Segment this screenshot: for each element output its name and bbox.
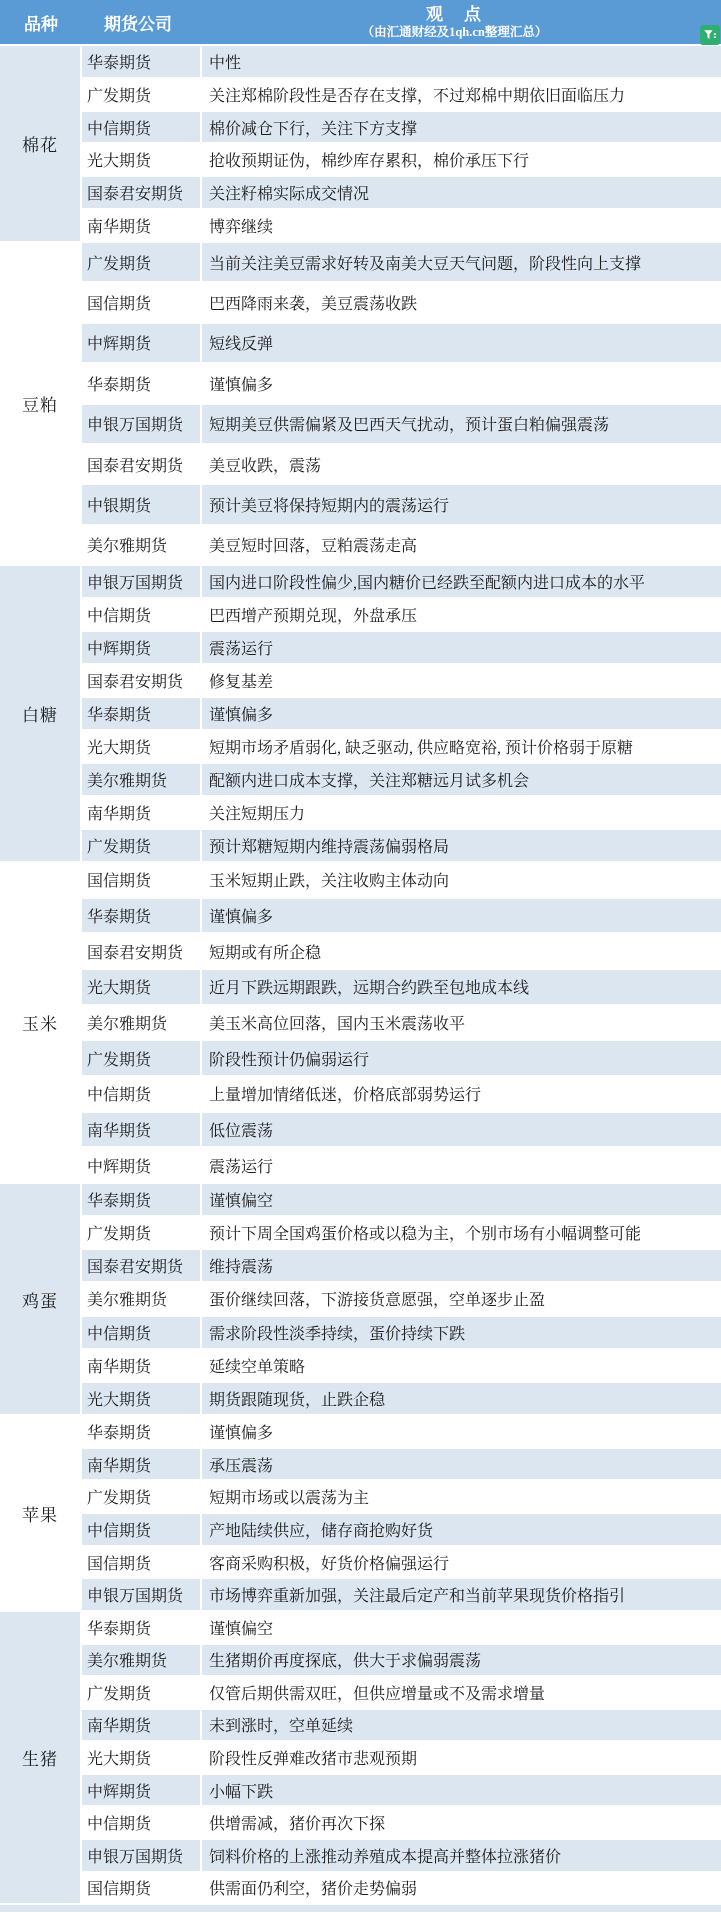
table-row: 广发期货阶段性预计仍偏弱运行 — [82, 1041, 721, 1077]
table-row: 广发期货短期市场或以震荡为主 — [82, 1481, 721, 1514]
table-row: 国信期货巴西降雨来袭，美豆震荡收跌 — [82, 283, 721, 323]
viewpoint-cell: 生猪期价再度探底，供大于求偏弱震荡 — [202, 1645, 721, 1676]
table-row: 华泰期货谨慎偏多 — [82, 1416, 721, 1449]
company-cell: 南华期货 — [82, 210, 202, 241]
table-row: 广发期货仅管后期供需双旺，但供应增量或不及需求增量 — [82, 1677, 721, 1710]
table-row: 华泰期货谨慎偏空 — [82, 1184, 721, 1217]
viewpoint-cell: 供增需减，猪价再次下探 — [202, 1807, 721, 1838]
company-cell: 光大期货 — [82, 731, 202, 762]
table-row: 中信期货产地陆续供应，储存商抢购好货 — [82, 1514, 721, 1547]
viewpoint-cell: 短期市场或以震荡为主 — [202, 1481, 721, 1512]
company-cell: 中信期货 — [82, 1807, 202, 1838]
table-row: 中辉期货震荡运行 — [82, 632, 721, 665]
viewpoint-cell: 玉米短期止跌，关注收购主体动向 — [202, 863, 721, 897]
company-cell: 美尔雅期货 — [82, 1283, 202, 1314]
table-row: 南华期货低位震荡 — [82, 1113, 721, 1149]
table-row: 美尔雅期货蛋价继续回落，下游接货意愿强，空单逐步止盈 — [82, 1283, 721, 1316]
viewpoint-cell: 关注郑棉阶段性是否存在支撑，不过郑棉中期依旧面临压力 — [202, 79, 721, 110]
section-rows: 国信期货玉米短期止跌，关注收购主体动向华泰期货谨慎偏多国泰君安期货短期或有所企稳… — [82, 863, 721, 1182]
company-cell: 国信期货 — [82, 1547, 202, 1578]
table-row: 华泰期货中性 — [82, 46, 721, 79]
company-cell: 南华期货 — [82, 1449, 202, 1480]
table-row: 美尔雅期货美玉米高位回落，国内玉米震荡收平 — [82, 1006, 721, 1042]
variety-cell: 苹果 — [0, 1416, 82, 1610]
table-row: 中辉期货短线反弹 — [82, 324, 721, 364]
company-cell: 中银期货 — [82, 485, 202, 523]
viewpoint-cell: 谨慎偏空 — [202, 1612, 721, 1643]
viewpoint-cell: 维持震荡 — [202, 1250, 721, 1281]
company-cell: 广发期货 — [82, 243, 202, 281]
table-row: 华泰期货谨慎偏空 — [82, 1612, 721, 1645]
table-row: 美尔雅期货生猪期价再度探底，供大于求偏弱震荡 — [82, 1645, 721, 1678]
viewpoint-cell: 中性 — [202, 46, 721, 77]
viewpoint-cell: 关注短期压力 — [202, 797, 721, 828]
table-row: 中信期货供增需减，猪价再次下探 — [82, 1807, 721, 1840]
company-cell: 中信期货 — [82, 112, 202, 143]
commodity-section: 白糖申银万国期货国内进口阶段性偏少,国内糖价已经跌至配额内进口成本的水平中信期货… — [0, 566, 721, 863]
viewpoint-cell: 阶段性预计仍偏弱运行 — [202, 1041, 721, 1075]
table-row: 华泰期货谨慎偏多 — [82, 698, 721, 731]
viewpoint-cell: 小幅下跌 — [202, 1775, 721, 1806]
company-cell: 广发期货 — [82, 1217, 202, 1248]
company-cell: 中信期货 — [82, 1077, 202, 1111]
viewpoint-cell: 客商采购积极，好货价格偏强运行 — [202, 1547, 721, 1578]
table-row: 国信期货供需面仍利空，猪价走势偏弱 — [82, 1873, 721, 1904]
section-rows: 华泰期货谨慎偏多南华期货承压震荡广发期货短期市场或以震荡为主中信期货产地陆续供应… — [82, 1416, 721, 1610]
table-row: 国泰君安期货维持震荡 — [82, 1250, 721, 1283]
company-cell: 光大期货 — [82, 144, 202, 175]
section-rows: 华泰期货谨慎偏空广发期货预计下周全国鸡蛋价格或以稳为主，个别市场有小幅调整可能国… — [82, 1184, 721, 1414]
viewpoint-cell: 震荡运行 — [202, 1148, 721, 1182]
table-row: 中信期货需求阶段性淡季持续，蛋价持续下跌 — [82, 1317, 721, 1350]
company-cell: 中信期货 — [82, 599, 202, 630]
company-cell: 美尔雅期货 — [82, 1006, 202, 1040]
table-row: 申银万国期货饲料价格的上涨推动养殖成本提高并整体拉涨猪价 — [82, 1840, 721, 1873]
company-cell: 华泰期货 — [82, 1612, 202, 1643]
company-cell: 中辉期货 — [82, 632, 202, 663]
variety-cell: 棉花 — [0, 46, 82, 241]
company-cell: 中信期货 — [82, 1514, 202, 1545]
company-cell: 国泰君安期货 — [82, 445, 202, 483]
table-row: 美尔雅期货配额内进口成本支撑，关注郑糖远月试多机会 — [82, 764, 721, 797]
company-cell: 申银万国期货 — [82, 566, 202, 597]
table-row: 国信期货玉米短期止跌，关注收购主体动向 — [82, 863, 721, 899]
table-row: 中银期货预计美豆将保持短期内的震荡运行 — [82, 485, 721, 525]
table-row: 国泰君安期货关注籽棉实际成交情况 — [82, 177, 721, 210]
company-cell: 国信期货 — [82, 863, 202, 897]
table-row: 申银万国期货短期美豆供需偏紧及巴西天气扰动，预计蛋白粕偏强震荡 — [82, 405, 721, 445]
viewpoint-cell: 低位震荡 — [202, 1113, 721, 1147]
company-cell: 美尔雅期货 — [82, 1645, 202, 1676]
company-cell: 国泰君安期货 — [82, 177, 202, 208]
header-viewpoint-subtitle: （由汇通财经及1qh.cn整理汇总） — [362, 25, 548, 39]
company-cell: 国泰君安期货 — [82, 934, 202, 968]
company-cell: 南华期货 — [82, 797, 202, 828]
viewpoint-cell: 博弈继续 — [202, 210, 721, 241]
viewpoint-cell: 震荡运行 — [202, 632, 721, 663]
company-cell: 美尔雅期货 — [82, 764, 202, 795]
variety-cell: 白糖 — [0, 566, 82, 861]
company-cell: 南华期货 — [82, 1113, 202, 1147]
viewpoint-cell: 仅管后期供需双旺，但供应增量或不及需求增量 — [202, 1677, 721, 1708]
variety-cell: 玉米 — [0, 863, 82, 1182]
company-cell: 华泰期货 — [82, 899, 202, 933]
viewpoint-cell: 蛋价继续回落，下游接货意愿强，空单逐步止盈 — [202, 1283, 721, 1314]
table-row: 光大期货期货跟随现货，止跌企稳 — [82, 1383, 721, 1414]
table-row: 中信期货棉价减仓下行，关注下方支撑 — [82, 112, 721, 145]
company-cell: 广发期货 — [82, 1677, 202, 1708]
section-rows: 华泰期货谨慎偏空美尔雅期货生猪期价再度探底，供大于求偏弱震荡广发期货仅管后期供需… — [82, 1612, 721, 1903]
table-row: 华泰期货谨慎偏多 — [82, 364, 721, 404]
viewpoint-cell: 市场博弈重新加强，关注最后定产和当前苹果现货价格指引 — [202, 1579, 721, 1610]
viewpoint-cell: 当前关注美豆需求好转及南美大豆天气问题，阶段性向上支撑 — [202, 243, 721, 281]
table-row: 广发期货预计郑糖短期内维持震荡偏弱格局 — [82, 830, 721, 861]
viewpoint-cell: 预计郑糖短期内维持震荡偏弱格局 — [202, 830, 721, 861]
commodity-section: 鸡蛋华泰期货谨慎偏空广发期货预计下周全国鸡蛋价格或以稳为主，个别市场有小幅调整可… — [0, 1184, 721, 1416]
viewpoint-cell: 巴西增产预期兑现，外盘承压 — [202, 599, 721, 630]
commodity-section: 豆粕广发期货当前关注美豆需求好转及南美大豆天气问题，阶段性向上支撑国信期货巴西降… — [0, 243, 721, 566]
variety-cell: 鸡蛋 — [0, 1184, 82, 1414]
table-row: 国信期货客商采购积极，好货价格偏强运行 — [82, 1547, 721, 1580]
table-row: 南华期货关注短期压力 — [82, 797, 721, 830]
viewpoint-cell: 修复基差 — [202, 665, 721, 696]
section-rows: 申银万国期货国内进口阶段性偏少,国内糖价已经跌至配额内进口成本的水平中信期货巴西… — [82, 566, 721, 861]
table-row: 光大期货阶段性反弹难改猪市悲观预期 — [82, 1742, 721, 1775]
viewpoint-cell: 美玉米高位回落，国内玉米震荡收平 — [202, 1006, 721, 1040]
company-cell: 国信期货 — [82, 1873, 202, 1904]
viewpoint-cell: 承压震荡 — [202, 1449, 721, 1480]
company-cell: 美尔雅期货 — [82, 526, 202, 564]
viewpoint-cell: 配额内进口成本支撑，关注郑糖远月试多机会 — [202, 764, 721, 795]
viewpoint-cell: 谨慎偏多 — [202, 364, 721, 402]
table-row: 光大期货近月下跌远期跟跌，远期合约跌至包地成本线 — [82, 970, 721, 1006]
company-cell: 光大期货 — [82, 1742, 202, 1773]
company-cell: 中信期货 — [82, 1317, 202, 1348]
table-row: 国泰君安期货修复基差 — [82, 665, 721, 698]
table-body: 棉花华泰期货中性广发期货关注郑棉阶段性是否存在支撑，不过郑棉中期依旧面临压力中信… — [0, 46, 721, 1905]
viewpoint-cell: 阶段性反弹难改猪市悲观预期 — [202, 1742, 721, 1773]
company-cell: 华泰期货 — [82, 1184, 202, 1215]
table-row: 南华期货博弈继续 — [82, 210, 721, 241]
viewpoint-cell: 短期市场矛盾弱化, 缺乏驱动, 供应略宽裕, 预计价格弱于原糖 — [202, 731, 721, 762]
table-row: 美尔雅期货美豆短时回落，豆粕震荡走高 — [82, 526, 721, 564]
company-cell: 中辉期货 — [82, 1148, 202, 1182]
commodity-section: 玉米国信期货玉米短期止跌，关注收购主体动向华泰期货谨慎偏多国泰君安期货短期或有所… — [0, 863, 721, 1184]
table-row: 光大期货短期市场矛盾弱化, 缺乏驱动, 供应略宽裕, 预计价格弱于原糖 — [82, 731, 721, 764]
viewpoint-cell: 谨慎偏空 — [202, 1184, 721, 1215]
table-row: 国泰君安期货美豆收跌，震荡 — [82, 445, 721, 485]
table-row: 光大期货抢收预期证伪，棉纱库存累积，棉价承压下行 — [82, 144, 721, 177]
company-cell: 华泰期货 — [82, 364, 202, 402]
header-variety: 品种 — [0, 0, 82, 44]
company-cell: 国泰君安期货 — [82, 1250, 202, 1281]
viewpoint-cell: 需求阶段性淡季持续，蛋价持续下跌 — [202, 1317, 721, 1348]
company-cell: 华泰期货 — [82, 1416, 202, 1447]
company-cell: 申银万国期货 — [82, 1840, 202, 1871]
company-cell: 华泰期货 — [82, 698, 202, 729]
table-row: 中辉期货小幅下跌 — [82, 1775, 721, 1808]
table-row: 中信期货上量增加情绪低迷，价格底部弱势运行 — [82, 1077, 721, 1113]
viewpoint-cell: 抢收预期证伪，棉纱库存累积，棉价承压下行 — [202, 144, 721, 175]
company-cell: 光大期货 — [82, 970, 202, 1004]
variety-cell: 生猪 — [0, 1612, 82, 1903]
viewpoint-cell: 近月下跌远期跟跌，远期合约跌至包地成本线 — [202, 970, 721, 1004]
company-cell: 南华期货 — [82, 1350, 202, 1381]
company-cell: 广发期货 — [82, 1041, 202, 1075]
viewpoint-cell: 预计美豆将保持短期内的震荡运行 — [202, 485, 721, 523]
company-cell: 广发期货 — [82, 1481, 202, 1512]
table-row: 广发期货预计下周全国鸡蛋价格或以稳为主，个别市场有小幅调整可能 — [82, 1217, 721, 1250]
viewpoint-cell: 谨慎偏多 — [202, 698, 721, 729]
viewpoint-cell: 短期美豆供需偏紧及巴西天气扰动，预计蛋白粕偏强震荡 — [202, 405, 721, 443]
company-cell: 中辉期货 — [82, 324, 202, 362]
header-viewpoint-title: 观 点 — [426, 5, 483, 25]
viewpoint-cell: 期货跟随现货，止跌企稳 — [202, 1383, 721, 1414]
viewpoint-cell: 谨慎偏多 — [202, 1416, 721, 1447]
company-cell: 广发期货 — [82, 830, 202, 861]
next-section-sliver — [0, 1905, 721, 1912]
viewpoint-cell: 上量增加情绪低迷，价格底部弱势运行 — [202, 1077, 721, 1111]
company-cell: 国泰君安期货 — [82, 665, 202, 696]
table-row: 申银万国期货市场博弈重新加强，关注最后定产和当前苹果现货价格指引 — [82, 1579, 721, 1610]
variety-cell: 豆粕 — [0, 243, 82, 564]
company-cell: 广发期货 — [82, 79, 202, 110]
section-rows: 华泰期货中性广发期货关注郑棉阶段性是否存在支撑，不过郑棉中期依旧面临压力中信期货… — [82, 46, 721, 241]
company-cell: 光大期货 — [82, 1383, 202, 1414]
viewpoint-cell: 饲料价格的上涨推动养殖成本提高并整体拉涨猪价 — [202, 1840, 721, 1871]
viewpoint-cell: 谨慎偏多 — [202, 899, 721, 933]
viewpoint-cell: 供需面仍利空，猪价走势偏弱 — [202, 1873, 721, 1904]
commodity-section: 生猪华泰期货谨慎偏空美尔雅期货生猪期价再度探底，供大于求偏弱震荡广发期货仅管后期… — [0, 1612, 721, 1905]
company-cell: 中辉期货 — [82, 1775, 202, 1806]
viewpoint-cell: 国内进口阶段性偏少,国内糖价已经跌至配额内进口成本的水平 — [202, 566, 721, 597]
table-header: 品种 期货公司 观 点 （由汇通财经及1qh.cn整理汇总） — [0, 0, 721, 46]
section-rows: 广发期货当前关注美豆需求好转及南美大豆天气问题，阶段性向上支撑国信期货巴西降雨来… — [82, 243, 721, 564]
table-row: 申银万国期货国内进口阶段性偏少,国内糖价已经跌至配额内进口成本的水平 — [82, 566, 721, 599]
viewpoint-cell: 短期或有所企稳 — [202, 934, 721, 968]
viewpoint-cell: 美豆收跌，震荡 — [202, 445, 721, 483]
viewpoint-cell: 关注籽棉实际成交情况 — [202, 177, 721, 208]
table-row: 南华期货延续空单策略 — [82, 1350, 721, 1383]
table-row: 中辉期货震荡运行 — [82, 1148, 721, 1182]
table-row: 广发期货关注郑棉阶段性是否存在支撑，不过郑棉中期依旧面临压力 — [82, 79, 721, 112]
header-company: 期货公司 — [82, 0, 202, 44]
table-row: 中信期货巴西增产预期兑现，外盘承压 — [82, 599, 721, 632]
company-cell: 南华期货 — [82, 1710, 202, 1741]
commodity-section: 苹果华泰期货谨慎偏多南华期货承压震荡广发期货短期市场或以震荡为主中信期货产地陆续… — [0, 1416, 721, 1612]
header-viewpoint: 观 点 （由汇通财经及1qh.cn整理汇总） — [202, 0, 721, 44]
company-cell: 国信期货 — [82, 283, 202, 321]
company-cell: 申银万国期货 — [82, 1579, 202, 1610]
viewpoint-cell: 产地陆续供应，储存商抢购好货 — [202, 1514, 721, 1545]
futures-opinion-table: 品种 期货公司 观 点 （由汇通财经及1qh.cn整理汇总） 棉花华泰期货中性广… — [0, 0, 721, 1912]
table-row: 南华期货承压震荡 — [82, 1449, 721, 1482]
company-cell: 申银万国期货 — [82, 405, 202, 443]
viewpoint-cell: 巴西降雨来袭，美豆震荡收跌 — [202, 283, 721, 321]
filter-funnel-icon[interactable] — [700, 25, 720, 45]
table-row: 国泰君安期货短期或有所企稳 — [82, 934, 721, 970]
table-row: 南华期货未到涨时，空单延续 — [82, 1710, 721, 1743]
viewpoint-cell: 棉价减仓下行，关注下方支撑 — [202, 112, 721, 143]
company-cell: 华泰期货 — [82, 46, 202, 77]
viewpoint-cell: 预计下周全国鸡蛋价格或以稳为主，个别市场有小幅调整可能 — [202, 1217, 721, 1248]
table-row: 广发期货当前关注美豆需求好转及南美大豆天气问题，阶段性向上支撑 — [82, 243, 721, 283]
viewpoint-cell: 未到涨时，空单延续 — [202, 1710, 721, 1741]
viewpoint-cell: 短线反弹 — [202, 324, 721, 362]
table-row: 华泰期货谨慎偏多 — [82, 899, 721, 935]
viewpoint-cell: 美豆短时回落，豆粕震荡走高 — [202, 526, 721, 564]
commodity-section: 棉花华泰期货中性广发期货关注郑棉阶段性是否存在支撑，不过郑棉中期依旧面临压力中信… — [0, 46, 721, 243]
viewpoint-cell: 延续空单策略 — [202, 1350, 721, 1381]
